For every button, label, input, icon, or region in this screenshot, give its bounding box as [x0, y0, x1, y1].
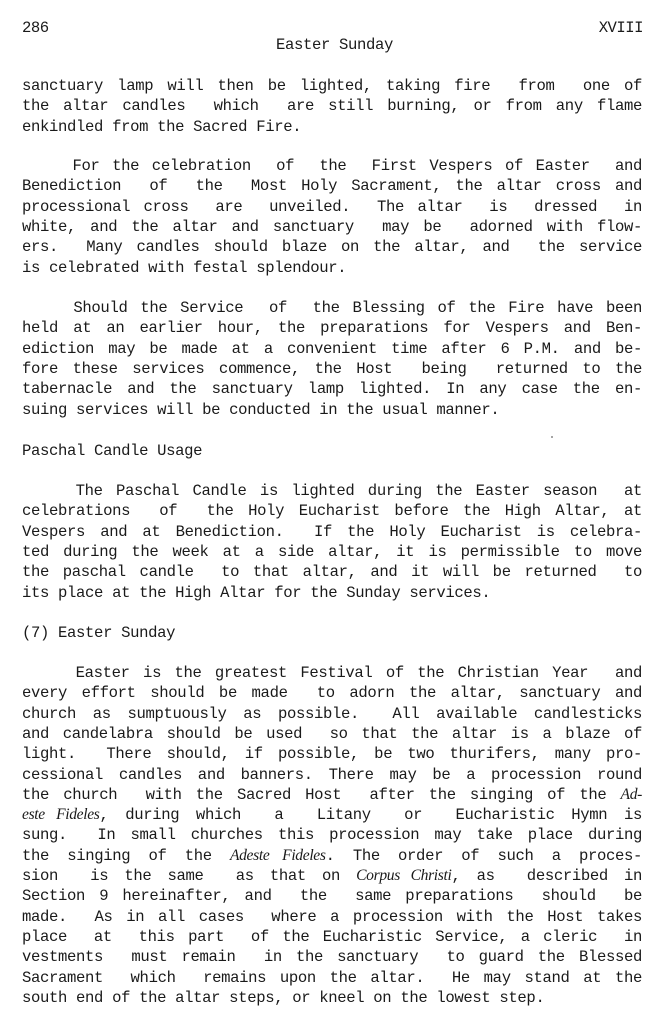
section-heading-easter-sunday: (7) Easter Sunday — [22, 623, 175, 643]
text-run: sion is the same as that on — [22, 867, 356, 885]
text-run: , during which a Litany or Eucharistic H… — [100, 806, 642, 824]
easter-paragraph-line: vestments must remain in the sanctuary t… — [22, 947, 642, 967]
easter-paragraph-line: church as sumptuously as possible. All a… — [22, 704, 642, 724]
text-run: Easter is the greatest Festival of the C… — [22, 664, 642, 682]
easter-paragraph-line: the singing of the Adeste Fideles. The o… — [22, 846, 642, 866]
easter-paragraph-line: place at this part of the Eucharistic Se… — [22, 927, 642, 947]
first-vespers-paragraph-line: For the celebration of the First Vespers… — [22, 156, 642, 176]
continued-paragraph-line: enkindled from the Sacred Fire. — [22, 117, 642, 137]
easter-paragraph-line: every effort should be made to adorn the… — [22, 683, 642, 703]
scan-speck — [551, 436, 553, 438]
easter-paragraph-line: Sacrament which remains upon the altar. … — [22, 968, 642, 988]
running-title: Easter Sunday — [0, 35, 669, 55]
text-run: light. There should, if possible, be two… — [22, 745, 642, 763]
first-vespers-paragraph-line: ers. Many candles should blaze on the al… — [22, 237, 642, 257]
text-run: place at this part of the Eucharistic Se… — [22, 928, 642, 946]
italic-phrase: este Fideles — [22, 806, 100, 823]
paschal-paragraph-line: The Paschal Candle is lighted during the… — [22, 481, 642, 501]
easter-paragraph-line: Section 9 hereinafter, and the same prep… — [22, 886, 642, 906]
italic-phrase: Adeste Fideles — [230, 847, 326, 864]
blessing-of-fire-paragraph-line: tabernacle and the sanctuary lamp lighte… — [22, 379, 642, 399]
blessing-of-fire-paragraph-line: ediction may be made at a convenient tim… — [22, 339, 642, 359]
book-page: 286 XVIII Easter Sunday sanctuary lamp w… — [0, 0, 669, 1029]
text-run: the singing of the — [22, 847, 230, 865]
first-vespers-paragraph-line: white, and the altar and sanctuary may b… — [22, 217, 642, 237]
first-vespers-paragraph-line: Benediction of the Most Holy Sacrament, … — [22, 176, 642, 196]
first-vespers-paragraph-line: is celebrated with festal splendour. — [22, 258, 642, 278]
paschal-paragraph-line: the paschal candle to that altar, and it… — [22, 562, 642, 582]
text-run: Sacrament which remains upon the altar. … — [22, 969, 642, 987]
text-run: vestments must remain in the sanctuary t… — [22, 948, 642, 966]
text-run: , as described in — [451, 867, 642, 885]
text-run: church as sumptuously as possible. All a… — [22, 705, 642, 723]
paschal-paragraph-line: ted during the week at a side altar, it … — [22, 542, 642, 562]
easter-paragraph-line: and candelabra should be used so that th… — [22, 724, 642, 744]
easter-paragraph-line: sung. In small churches this procession … — [22, 825, 642, 845]
easter-paragraph-line: made. As in all cases where a procession… — [22, 907, 642, 927]
text-run: and candelabra should be used so that th… — [22, 725, 642, 743]
text-run: the church with the Sacred Host after th… — [22, 786, 621, 804]
first-vespers-paragraph-line: processional cross are unveiled. The alt… — [22, 197, 642, 217]
paschal-paragraph-line: its place at the High Altar for the Sund… — [22, 583, 642, 603]
text-run: sung. In small churches this procession … — [22, 826, 642, 844]
continued-paragraph-line: sanctuary lamp will then be lighted, tak… — [22, 76, 642, 96]
text-run: . The order of such a proces- — [326, 847, 642, 865]
section-heading-paschal-candle: Paschal Candle Usage — [22, 441, 202, 461]
blessing-of-fire-paragraph-line: suing services will be conducted in the … — [22, 400, 642, 420]
easter-paragraph-line: south end of the altar steps, or kneel o… — [22, 988, 642, 1008]
text-run: cessional candles and banners. There may… — [22, 766, 642, 784]
easter-paragraph-line: Easter is the greatest Festival of the C… — [22, 663, 642, 683]
blessing-of-fire-paragraph-line: fore these services commence, the Host b… — [22, 359, 642, 379]
text-run: south end of the altar steps, or kneel o… — [22, 989, 544, 1007]
continued-paragraph-line: the altar candles which are still burnin… — [22, 96, 642, 116]
easter-paragraph-line: cessional candles and banners. There may… — [22, 765, 642, 785]
text-run: Section 9 hereinafter, and the same prep… — [22, 887, 642, 905]
text-run: made. As in all cases where a procession… — [22, 908, 642, 926]
easter-paragraph-line: the church with the Sacred Host after th… — [22, 785, 642, 805]
italic-phrase: Corpus Christi — [356, 867, 451, 884]
text-run: every effort should be made to adorn the… — [22, 684, 642, 702]
italic-phrase: Ad- — [621, 786, 642, 803]
paschal-paragraph-line: Vespers and at Benediction. If the Holy … — [22, 522, 642, 542]
blessing-of-fire-paragraph-line: held at an earlier hour, the preparation… — [22, 318, 642, 338]
blessing-of-fire-paragraph-line: Should the Service of the Blessing of th… — [22, 298, 642, 318]
paschal-paragraph-line: celebrations of the Holy Eucharist befor… — [22, 501, 642, 521]
easter-paragraph-line: este Fideles, during which a Litany or E… — [22, 805, 642, 825]
easter-paragraph-line: light. There should, if possible, be two… — [22, 744, 642, 764]
easter-paragraph-line: sion is the same as that on Corpus Chris… — [22, 866, 642, 886]
